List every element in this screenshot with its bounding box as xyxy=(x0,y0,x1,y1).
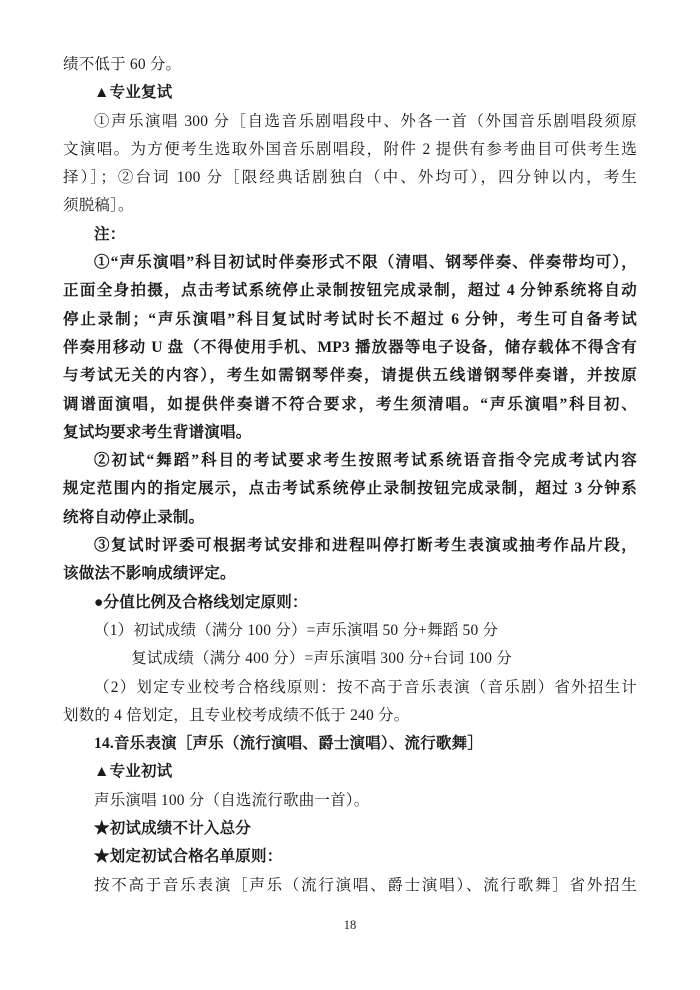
text-line: 调谱面演唱，如提供伴奏谱不符合要求，考生须清唱。“声乐演唱”科目初、 xyxy=(63,391,637,419)
text-line: 统将自动停止录制。 xyxy=(63,504,637,532)
text-line: 停止录制；“声乐演唱”科目复试时考试时长不超过 6 分钟，考生可自备考试 xyxy=(63,306,637,334)
text-line: 规定范围内的指定展示，点击考试系统停止录制按钮完成录制，超过 3 分钟系 xyxy=(63,475,637,503)
text-line: 正面全身拍摄，点击考试系统停止录制按钮完成录制，超过 4 分钟系统将自动 xyxy=(63,277,637,305)
document-content: 绩不低于 60 分。▲专业复试①声乐演唱 300 分［自选音乐剧唱段中、外各一首… xyxy=(63,51,637,900)
text-line: 注： xyxy=(63,221,637,249)
text-line: 复试均要求考生背谱演唱。 xyxy=(63,419,637,447)
text-line: ①“声乐演唱”科目初试时伴奏形式不限（清唱、钢琴伴奏、伴奏带均可）， xyxy=(63,249,637,277)
text-line: 须脱稿］。 xyxy=(63,192,637,220)
text-line: ②初试“舞蹈”科目的考试要求考生按照考试系统语音指令完成考试内容 xyxy=(63,447,637,475)
text-line: ▲专业初试 xyxy=(63,758,637,786)
text-line: 声乐演唱 100 分（自选流行歌曲一首）。 xyxy=(63,787,637,815)
text-line: ★初试成绩不计入总分 xyxy=(63,815,637,843)
text-line: 划数的 4 倍划定，且专业校考成绩不低于 240 分。 xyxy=(63,702,637,730)
text-line: 文演唱。为方便考生选取外国音乐剧唱段，附件 2 提供有参考曲目可供考生选 xyxy=(63,136,637,164)
text-line: ③复试时评委可根据考试安排和进程叫停打断考生表演或抽考作品片段， xyxy=(63,532,637,560)
text-line: 择）］；②台词 100 分［限经典话剧独白（中、外均可），四分钟以内，考生 xyxy=(63,164,637,192)
page-footer: 18 xyxy=(0,916,700,934)
text-line: 与考试无关的内容），考生如需钢琴伴奏，请提供五线谱钢琴伴奏谱，并按原 xyxy=(63,362,637,390)
text-line: 按不高于音乐表演［声乐（流行演唱、爵士演唱）、流行歌舞］省外招生 xyxy=(63,872,637,900)
text-line: ▲专业复试 xyxy=(63,79,637,107)
text-line: ●分值比例及合格线划定原则： xyxy=(63,589,637,617)
text-line: 伴奏用移动 U 盘（不得使用手机、MP3 播放器等电子设备，储存载体不得含有 xyxy=(63,334,637,362)
text-line: （1）初试成绩（满分 100 分）=声乐演唱 50 分+舞蹈 50 分 xyxy=(63,617,637,645)
text-line: ★划定初试合格名单原则： xyxy=(63,843,637,871)
text-line: 复试成绩（满分 400 分）=声乐演唱 300 分+台词 100 分 xyxy=(63,645,637,673)
document-page: 绩不低于 60 分。▲专业复试①声乐演唱 300 分［自选音乐剧唱段中、外各一首… xyxy=(0,0,700,990)
page-number: 18 xyxy=(344,916,357,934)
text-line: ①声乐演唱 300 分［自选音乐剧唱段中、外各一首（外国音乐剧唱段须原 xyxy=(63,108,637,136)
text-line: 14.音乐表演［声乐（流行演唱、爵士演唱）、流行歌舞］ xyxy=(63,730,637,758)
text-line: （2）划定专业校考合格线原则：按不高于音乐表演（音乐剧）省外招生计 xyxy=(63,674,637,702)
text-line: 该做法不影响成绩评定。 xyxy=(63,560,637,588)
text-line: 绩不低于 60 分。 xyxy=(63,51,637,79)
